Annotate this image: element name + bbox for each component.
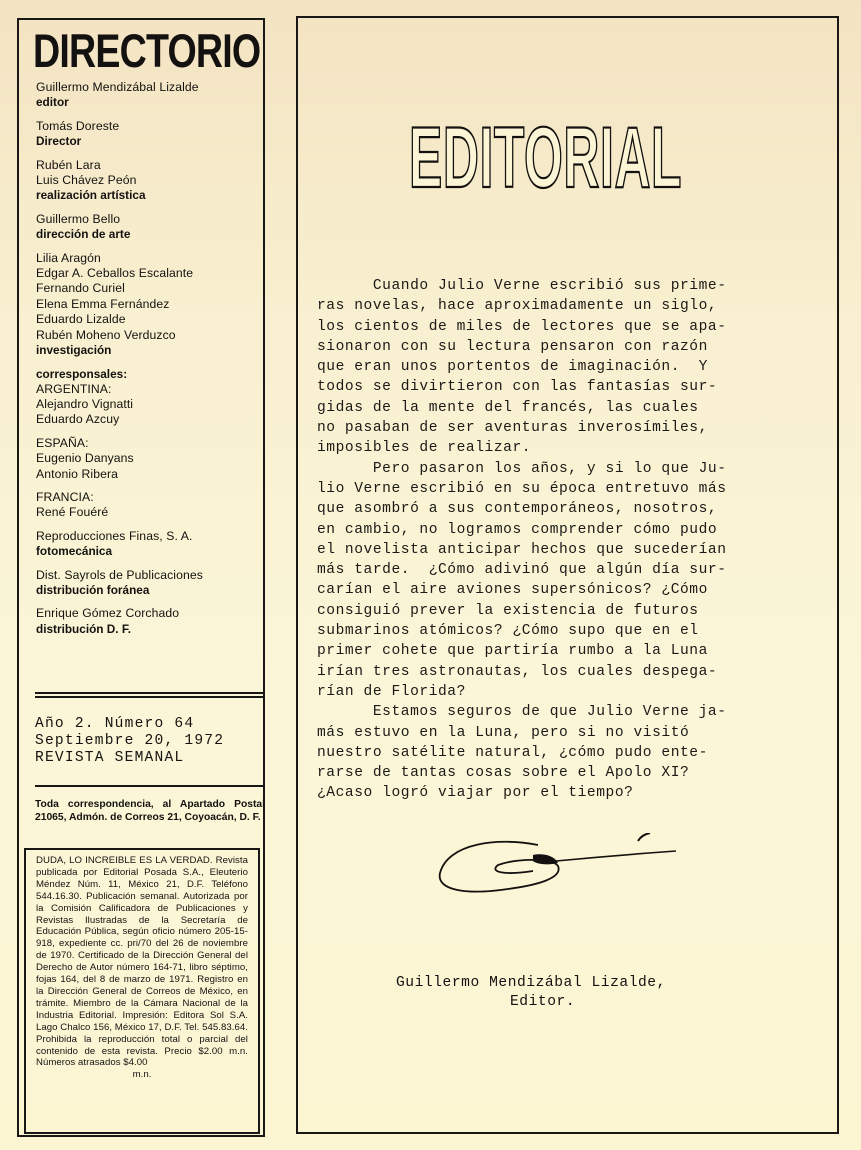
editorial-line: irían tres astronautas, los cuales despe… [317,662,827,682]
editorial-line: consiguió prever la existencia de futuro… [317,601,827,621]
staff-name: Rubén Lara [36,158,261,173]
staff-name: Fernando Curiel [36,281,261,296]
editorial-line: Estamos seguros de que Julio Verne ja- [317,702,827,722]
staff-name: Luis Chávez Peón [36,173,261,188]
editorial-line: más tarde. ¿Cómo adivinó que algún día s… [317,560,827,580]
signer-title: Editor. [510,993,575,1012]
issue-frequency: REVISTA SEMANAL [35,750,224,767]
staff-name: Dist. Sayrols de Publicaciones [36,568,261,583]
staff-role: fotomecánica [36,544,261,559]
staff-group: Rubén LaraLuis Chávez Peónrealización ar… [36,158,261,204]
staff-name: Rubén Moheno Verduzco [36,328,261,343]
staff-name: Tomás Doreste [36,119,261,134]
legal-notice-end: m.n. [36,1069,248,1081]
staff-role: distribución foránea [36,583,261,598]
editorial-line: imposibles de realizar. [317,438,827,458]
staff-group: Reproducciones Finas, S. A.fotomecánica [36,529,261,560]
country-heading: ESPAÑA: [36,436,261,451]
editorial-line: rarse de tantas cosas sobre el Apolo XI? [317,763,827,783]
editorial-line: submarinos atómicos? ¿Cómo supo que en e… [317,621,827,641]
staff-name: Elena Emma Fernández [36,297,261,312]
staff-name: Lilia Aragón [36,251,261,266]
issue-info: Año 2. Número 64 Septiembre 20, 1972 REV… [35,716,224,767]
staff-role: investigación [36,343,261,358]
staff-group: Enrique Gómez Corchadodistribución D. F. [36,606,261,637]
staff-name: Antonio Ribera [36,467,261,482]
staff-name: Eduardo Lizalde [36,312,261,327]
editorial-line: todos se divirtieron con las fantasías s… [317,377,827,397]
editorial-line: que asombró a sus contemporáneos, nosotr… [317,499,827,519]
staff-name: Eugenio Danyans [36,451,261,466]
editorial-line: rían de Florida? [317,682,827,702]
editorial-panel: EDITORIAL Cuando Julio Verne escribió su… [296,16,839,1134]
editorial-line: ¿Acaso logró viajar por el tiempo? [317,783,827,803]
signer-name: Guillermo Mendizábal Lizalde, [396,974,666,993]
legal-notice: DUDA, LO INCREIBLE ES LA VERDAD. Revista… [36,855,248,1081]
editorial-body: Cuando Julio Verne escribió sus prime-ra… [317,276,827,804]
correspondents-group: corresponsales:ARGENTINA:Alejandro Vigna… [36,367,261,428]
editorial-line: que eran unos portentos de imaginación. … [317,357,827,377]
editorial-line: no pasaban de ser aventuras inverosímile… [317,418,827,438]
country-heading: FRANCIA: [36,490,261,505]
editorial-line: los cientos de miles de lectores que se … [317,317,827,337]
staff-name: Guillermo Bello [36,212,261,227]
editorial-line: carían el aire aviones supersónicos? ¿Có… [317,580,827,600]
correspondents-label: corresponsales: [36,367,261,382]
signature-icon [438,833,698,913]
country-heading: ARGENTINA: [36,382,261,397]
divider-double [35,692,264,698]
mailing-address: Toda correspondencia, al Apartado Postal… [35,798,265,824]
editorial-line: Cuando Julio Verne escribió sus prime- [317,276,827,296]
staff-role: distribución D. F. [36,622,261,637]
directorio-panel: DIRECTORIO Guillermo Mendizábal Lizaldee… [17,18,265,1137]
legal-notice-box: DUDA, LO INCREIBLE ES LA VERDAD. Revista… [24,848,260,1134]
staff-name: Eduardo Azcuy [36,412,261,427]
staff-group: Guillermo Bellodirección de arte [36,212,261,243]
staff-group: Tomás DoresteDirector [36,119,261,150]
issue-number: Año 2. Número 64 [35,716,224,733]
staff-group: Dist. Sayrols de Publicacionesdistribuci… [36,568,261,599]
staff-name: René Fouéré [36,505,261,520]
staff-name: Enrique Gómez Corchado [36,606,261,621]
editorial-line: gidas de la mente del francés, las cuale… [317,398,827,418]
staff-role: dirección de arte [36,227,261,242]
staff-name: Reproducciones Finas, S. A. [36,529,261,544]
correspondents-group: ESPAÑA:Eugenio DanyansAntonio Ribera [36,436,261,482]
editorial-line: sionaron con su lectura pensaron con raz… [317,337,827,357]
legal-notice-text: DUDA, LO INCREIBLE ES LA VERDAD. Revista… [36,855,248,1068]
editorial-title: EDITORIAL [409,118,682,198]
editorial-line: lio Verne escribió en su época entretuvo… [317,479,827,499]
staff-name: Alejandro Vignatti [36,397,261,412]
issue-date: Septiembre 20, 1972 [35,733,224,750]
divider [35,785,264,787]
editorial-line: el novelista anticipar hechos que sucede… [317,540,827,560]
editorial-line: Pero pasaron los años, y si lo que Ju- [317,459,827,479]
staff-role: realización artística [36,188,261,203]
staff-list: Guillermo Mendizábal LizaldeeditorTomás … [36,80,261,645]
editorial-line: ras novelas, hace aproximadamente un sig… [317,296,827,316]
staff-name: Guillermo Mendizábal Lizalde [36,80,261,95]
correspondents-group: FRANCIA:René Fouéré [36,490,261,521]
editorial-line: más estuvo en la Luna, pero si no visitó [317,723,827,743]
staff-role: editor [36,95,261,110]
staff-group: Lilia AragónEdgar A. Ceballos EscalanteF… [36,251,261,359]
directorio-title: DIRECTORIO [33,24,260,78]
staff-role: Director [36,134,261,149]
editorial-line: en cambio, no logramos comprender cómo p… [317,520,827,540]
staff-group: Guillermo Mendizábal Lizaldeeditor [36,80,261,111]
editorial-line: nuestro satélite natural, ¿cómo pudo ent… [317,743,827,763]
staff-name: Edgar A. Ceballos Escalante [36,266,261,281]
editorial-line: primer cohete que partiría rumbo a la Lu… [317,641,827,661]
